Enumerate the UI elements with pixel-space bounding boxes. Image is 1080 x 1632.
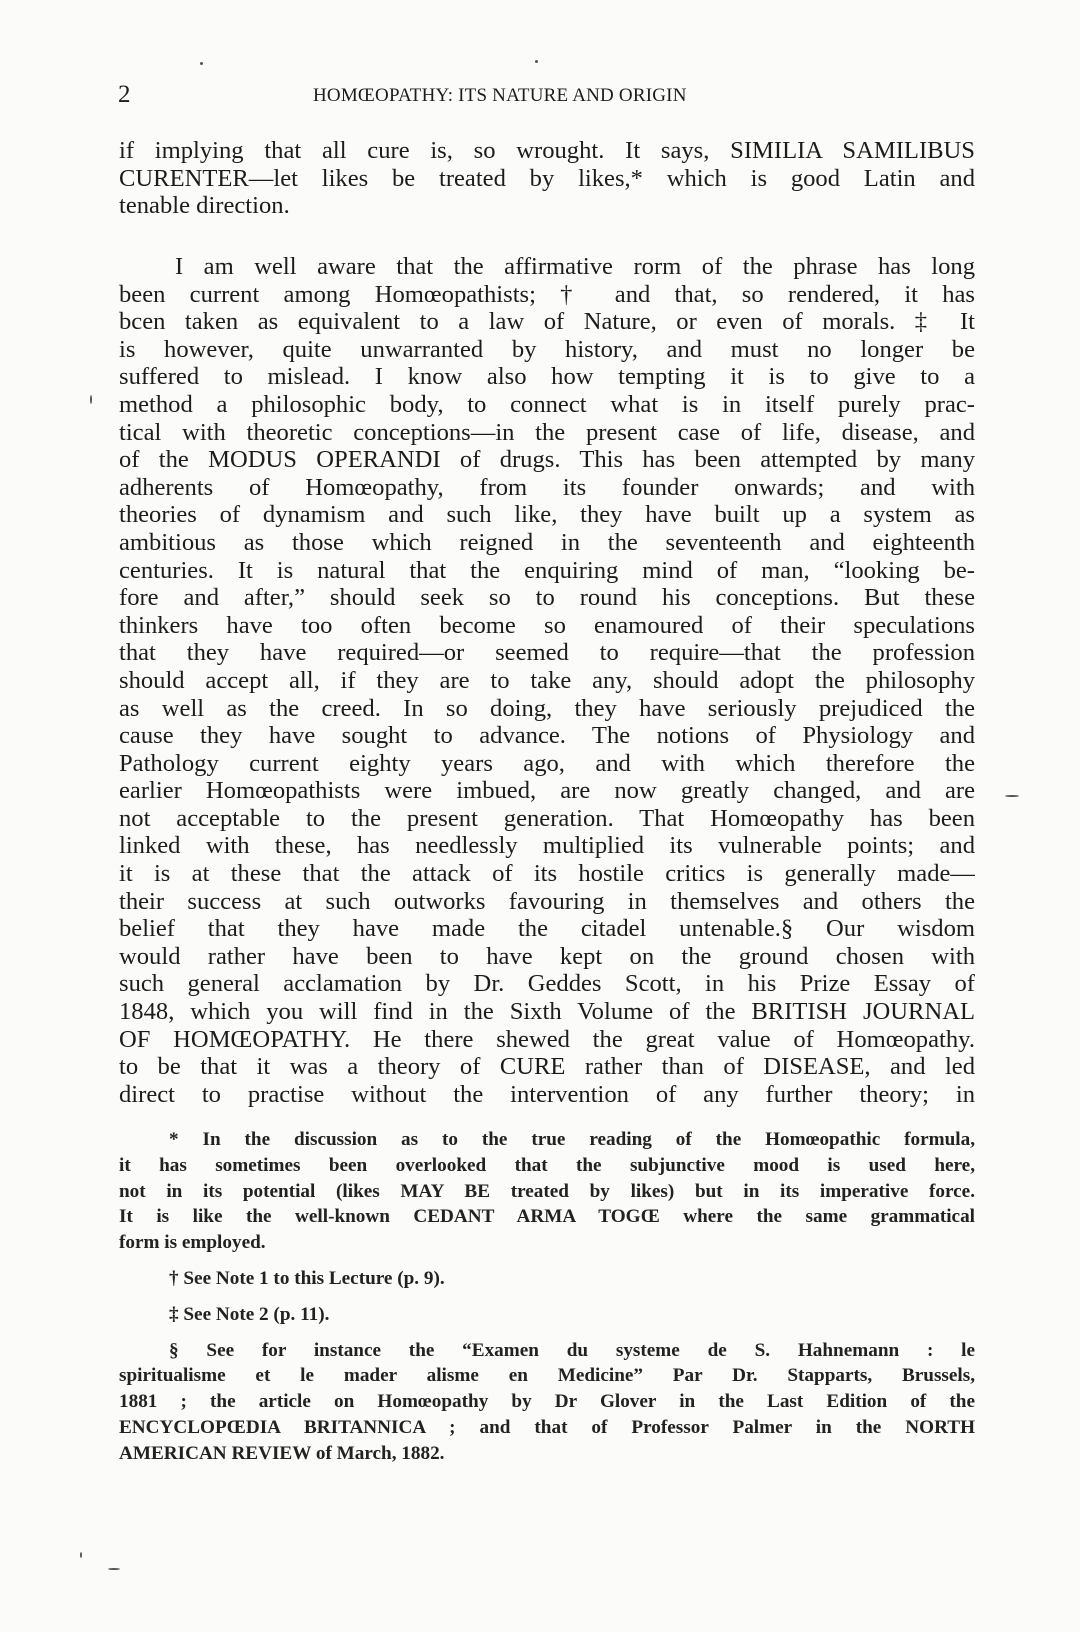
text-line: would rather have been to have kept on t… xyxy=(119,943,975,971)
footnote-line: spiritualisme et le mader alisme en Medi… xyxy=(119,1363,975,1389)
text-line: it is at these that the attack of its ho… xyxy=(119,860,975,888)
footnotes: * In the discussion as to the true readi… xyxy=(119,1127,975,1467)
text-line: fore and after,” should seek so to round… xyxy=(119,584,975,612)
text-line: OF HOMŒOPATHY. He there shewed the great… xyxy=(119,1026,975,1054)
text-line: ambitious as those which reigned in the … xyxy=(119,529,975,557)
footnote-line: form is employed. xyxy=(119,1230,975,1256)
running-head: 2 HOMŒOPATHY: ITS NATURE AND ORIGIN xyxy=(118,80,788,110)
continuation-paragraph: if implying that all cure is, so wrought… xyxy=(119,137,975,220)
scan-speck xyxy=(1005,795,1019,797)
text-line: their success at such outworks favouring… xyxy=(119,888,975,916)
text-line: suffered to mislead. I know also how tem… xyxy=(119,363,975,391)
text-line: 1848, which you will find in the Sixth V… xyxy=(119,998,975,1026)
scan-speck xyxy=(535,60,538,63)
text-line: tical with theoretic conceptions—in the … xyxy=(119,419,975,447)
text-line: as well as the creed. In so doing, they … xyxy=(119,695,975,723)
text-line: cause they have sought to advance. The n… xyxy=(119,722,975,750)
main-paragraph: I am well aware that the affirmative ror… xyxy=(119,253,975,1108)
text-line: thinkers have too often become so enamou… xyxy=(119,612,975,640)
text-line: centuries. It is natural that the enquir… xyxy=(119,557,975,585)
footnote-line: it has sometimes been overlooked that th… xyxy=(119,1153,975,1179)
text-line: theories of dynamism and such like, they… xyxy=(119,501,975,529)
footnote-line: § See for instance the “Examen du system… xyxy=(119,1338,975,1364)
footnote: ‡ See Note 2 (p. 11). xyxy=(119,1302,975,1328)
scan-speck xyxy=(200,62,203,65)
text-line: direct to practise without the intervent… xyxy=(119,1081,975,1109)
footnote-gap xyxy=(119,1328,975,1338)
footnote: † See Note 1 to this Lecture (p. 9). xyxy=(119,1266,975,1292)
book-page: 2 HOMŒOPATHY: ITS NATURE AND ORIGIN if i… xyxy=(0,0,1080,1632)
text-line: linked with these, has needlessly multip… xyxy=(119,832,975,860)
footnote-line: not in its potential (likes MAY BE treat… xyxy=(119,1179,975,1205)
text-line: such general acclamation by Dr. Geddes S… xyxy=(119,970,975,998)
scan-speck xyxy=(80,1552,82,1558)
text-line: I am well aware that the affirmative ror… xyxy=(119,253,975,281)
text-line: to be that it was a theory of CURE rathe… xyxy=(119,1053,975,1081)
scan-speck xyxy=(108,1568,120,1570)
page-number: 2 xyxy=(118,80,131,110)
footnote-line: † See Note 1 to this Lecture (p. 9). xyxy=(119,1266,975,1292)
text-line: been current among Homœopathists; † and … xyxy=(119,281,975,309)
footnote-line: AMERICAN REVIEW of March, 1882. xyxy=(119,1441,975,1467)
running-head-title: HOMŒOPATHY: ITS NATURE AND ORIGIN xyxy=(313,82,687,110)
text-line: adherents of Homœopathy, from its founde… xyxy=(119,474,975,502)
text-line: Pathology current eighty years ago, and … xyxy=(119,750,975,778)
footnote-line: ENCYCLOPŒDIA BRITANNICA ; and that of Pr… xyxy=(119,1415,975,1441)
text-line: not acceptable to the present generation… xyxy=(119,805,975,833)
text-line: tenable direction. xyxy=(119,192,975,220)
text-line: method a philosophic body, to connect wh… xyxy=(119,391,975,419)
text-line: CURENTER—let likes be treated by likes,*… xyxy=(119,165,975,193)
text-line: of the MODUS OPERANDI of drugs. This has… xyxy=(119,446,975,474)
footnote-line: ‡ See Note 2 (p. 11). xyxy=(119,1302,975,1328)
text-line: belief that they have made the citadel u… xyxy=(119,915,975,943)
text-line: bcen taken as equivalent to a law of Nat… xyxy=(119,308,975,336)
footnote-gap xyxy=(119,1256,975,1266)
footnote-line: * In the discussion as to the true readi… xyxy=(119,1127,975,1153)
text-line: earlier Homœopathists were imbued, are n… xyxy=(119,777,975,805)
footnote-line: 1881 ; the article on Homœopathy by Dr G… xyxy=(119,1389,975,1415)
footnote: § See for instance the “Examen du system… xyxy=(119,1338,975,1467)
text-line: is however, quite unwarranted by history… xyxy=(119,336,975,364)
footnote-line: It is like the well-known CEDANT ARMA TO… xyxy=(119,1204,975,1230)
text-line: if implying that all cure is, so wrought… xyxy=(119,137,975,165)
text-line: that they have required—or seemed to req… xyxy=(119,639,975,667)
scan-speck xyxy=(90,395,92,404)
footnote-gap xyxy=(119,1292,975,1302)
footnote: * In the discussion as to the true readi… xyxy=(119,1127,975,1256)
text-line: should accept all, if they are to take a… xyxy=(119,667,975,695)
